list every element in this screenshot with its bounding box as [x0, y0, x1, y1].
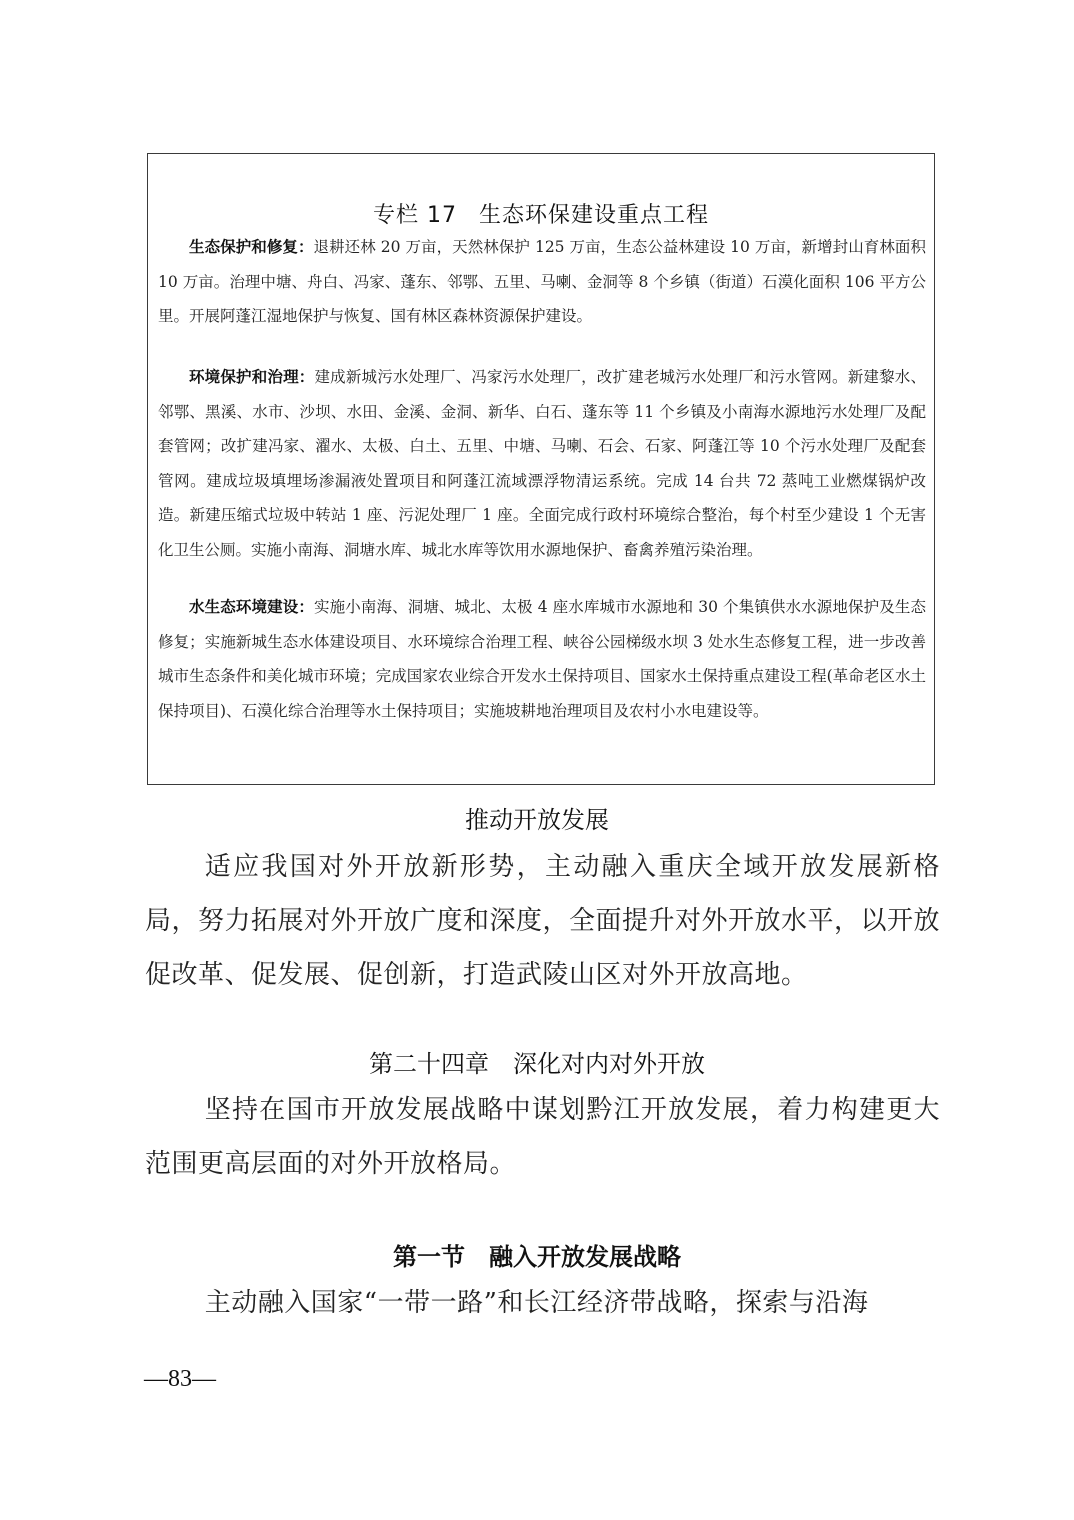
sidebar-box-title-text: 生态环保建设重点工程 — [479, 203, 709, 228]
paragraph-lead: 生态保护和修复： — [189, 237, 314, 256]
paragraph-text: 建成新城污水处理厂、冯家污水处理厂，改扩建老城污水处理厂和污水管网。新建黎水、邻… — [158, 368, 926, 559]
page-number: —83— — [144, 1366, 216, 1393]
paragraph-lead: 水生态环境建设： — [189, 597, 314, 616]
paragraph-text: 实施小南海、洞塘、城北、太极 4 座水库城市水源地和 30 个集镇供水水源地保护… — [158, 598, 926, 720]
sidebar-box-column-17: 专栏 17生态环保建设重点工程 生态保护和修复：退耕还林 20 万亩，天然林保护… — [147, 153, 935, 785]
paragraph-section-intro: 主动融入国家“一带一路”和长江经济带战略，探索与沿海 — [145, 1276, 940, 1330]
paragraph-lead: 环境保护和治理： — [189, 367, 314, 386]
paragraph-open-development: 适应我国对外开放新形势，主动融入重庆全域开放发展新格局，努力拓展对外开放广度和深… — [145, 840, 940, 1002]
section-title: 第一节 融入开放发展战略 — [0, 1237, 1074, 1272]
sidebar-box-number: 专栏 17 — [373, 203, 457, 228]
heading-open-development: 推动开放发展 — [0, 800, 1074, 835]
paragraph-chapter-intro: 坚持在国市开放发展战略中谋划黔江开放发展，着力构建更大范围更高层面的对外开放格局… — [145, 1083, 940, 1191]
sidebar-box-title: 专栏 17生态环保建设重点工程 — [148, 198, 934, 229]
paragraph-ecological-protection: 生态保护和修复：退耕还林 20 万亩，天然林保护 125 万亩，生态公益林建设 … — [158, 230, 926, 334]
chapter-title: 第二十四章 深化对内对外开放 — [0, 1044, 1074, 1079]
paragraph-water-ecology: 水生态环境建设：实施小南海、洞塘、城北、太极 4 座水库城市水源地和 30 个集… — [158, 590, 926, 728]
paragraph-environmental-governance: 环境保护和治理：建成新城污水处理厂、冯家污水处理厂，改扩建老城污水处理厂和污水管… — [158, 360, 926, 568]
